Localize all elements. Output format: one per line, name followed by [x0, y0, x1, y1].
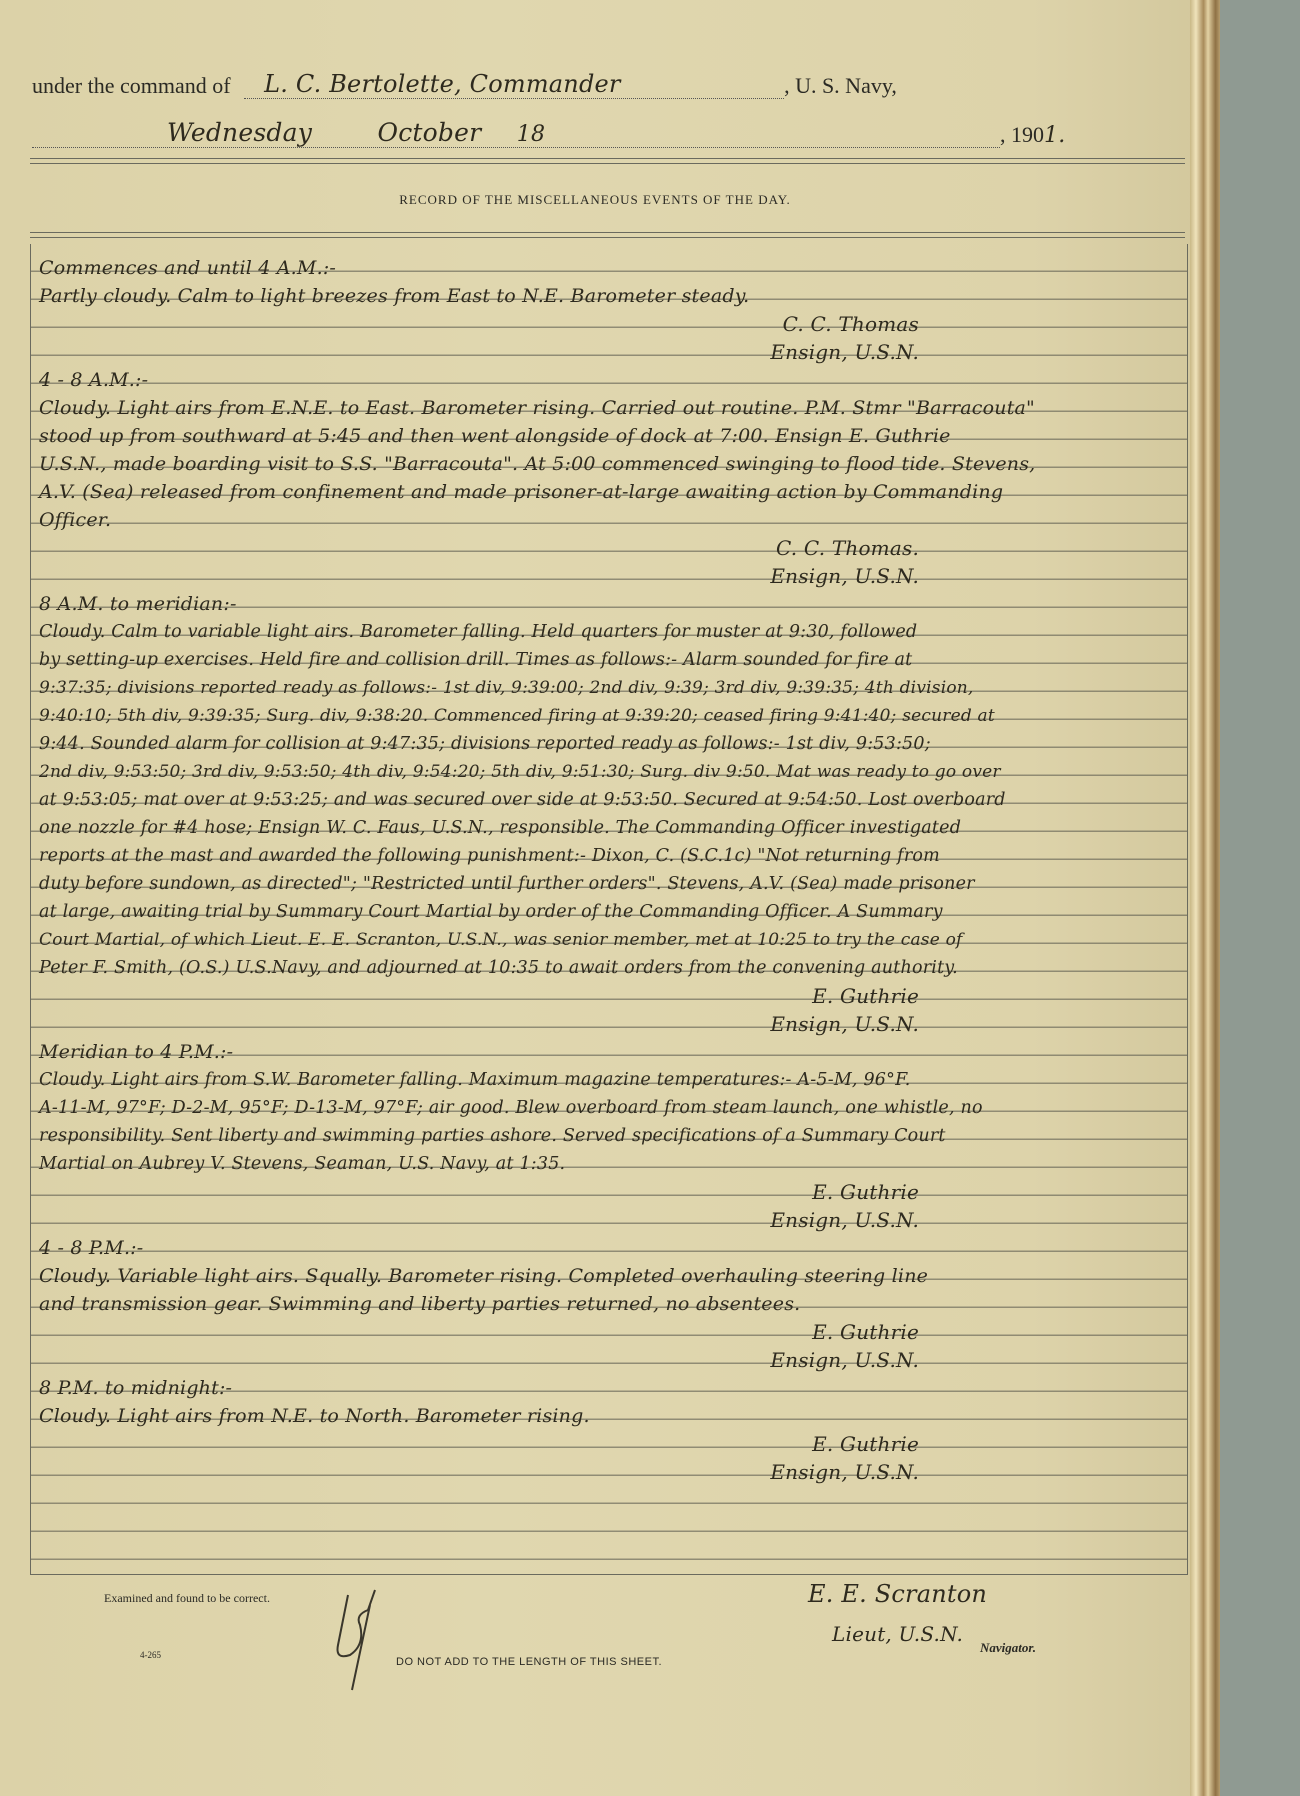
log-line: Cloudy. Light airs from N.E. to North. B… — [39, 1402, 1179, 1430]
log-line: duty before sundown, as directed"; "Rest… — [39, 870, 1179, 898]
log-line: A.V. (Sea) released from confinement and… — [39, 478, 1179, 506]
date-weekday: Wednesday — [167, 118, 312, 147]
log-top-divider — [30, 232, 1185, 238]
log-line: 9:40:10; 5th div, 9:39:35; Surg. div, 9:… — [39, 702, 1179, 730]
record-title: RECORD OF THE MISCELLANEOUS EVENTS OF TH… — [0, 192, 1190, 208]
header-divider — [30, 158, 1185, 164]
commander-field: L. C. Bertolette, Commander — [244, 70, 784, 99]
watch-signature: E. Guthrie — [39, 1178, 1179, 1206]
navigator-signature: E. E. Scranton — [808, 1580, 987, 1608]
log-line: Cloudy. Calm to variable light airs. Bar… — [39, 618, 1179, 646]
year-suffix: 1. — [1044, 123, 1065, 148]
year-prefix: , 190 — [1000, 122, 1044, 147]
watch-heading: Commences and until 4 A.M.:- — [39, 254, 1179, 282]
date-line: Wednesday October 18 , 1901. — [32, 118, 1106, 148]
log-area: Commences and until 4 A.M.:- Partly clou… — [30, 244, 1188, 1575]
log-line: one nozzle for #4 hose; Ensign W. C. Fau… — [39, 814, 1179, 842]
log-line: A-11-M, 97°F; D-2-M, 95°F; D-13-M, 97°F;… — [39, 1094, 1179, 1122]
watch-signature: E. Guthrie — [39, 1430, 1179, 1458]
watch-rank: Ensign, U.S.N. — [39, 562, 1179, 590]
log-line: at 9:53:05; mat over at 9:53:25; and was… — [39, 786, 1179, 814]
command-prefix: under the command of — [32, 73, 231, 98]
watch-heading: 8 A.M. to meridian:- — [39, 590, 1179, 618]
date-month: October — [378, 118, 482, 147]
watch-signature: C. C. Thomas — [39, 310, 1179, 338]
date-day: 18 — [517, 122, 545, 147]
examined-label: Examined and found to be correct. — [104, 1591, 270, 1606]
date-field: Wednesday October 18 — [32, 118, 1000, 148]
log-line: by setting-up exercises. Held fire and c… — [39, 646, 1179, 674]
log-line: Cloudy. Variable light airs. Squally. Ba… — [39, 1262, 1179, 1290]
watch-rank: Ensign, U.S.N. — [39, 1206, 1179, 1234]
log-line: Martial on Aubrey V. Stevens, Seaman, U.… — [39, 1150, 1179, 1178]
log-line: Court Martial, of which Lieut. E. E. Scr… — [39, 926, 1179, 954]
log-line: Partly cloudy. Calm to light breezes fro… — [39, 282, 1179, 310]
log-line: Peter F. Smith, (O.S.) U.S.Navy, and adj… — [39, 954, 1179, 982]
watch-signature: C. C. Thomas. — [39, 534, 1179, 562]
log-line: 9:37:35; divisions reported ready as fol… — [39, 674, 1179, 702]
watch-rank: Ensign, U.S.N. — [39, 1010, 1179, 1038]
book-page-edge — [1190, 0, 1220, 1796]
log-line: Officer. — [39, 506, 1179, 534]
watch-heading: 4 - 8 P.M.:- — [39, 1234, 1179, 1262]
log-entries: Commences and until 4 A.M.:- Partly clou… — [39, 254, 1179, 1486]
log-line: responsibility. Sent liberty and swimmin… — [39, 1122, 1179, 1150]
log-line: at large, awaiting trial by Summary Cour… — [39, 898, 1179, 926]
watch-rank: Ensign, U.S.N. — [39, 1458, 1179, 1486]
log-line: stood up from southward at 5:45 and then… — [39, 422, 1179, 450]
log-line: U.S.N., made boarding visit to S.S. "Bar… — [39, 450, 1179, 478]
log-sheet: under the command of L. C. Bertolette, C… — [0, 0, 1214, 1796]
watch-heading: Meridian to 4 P.M.:- — [39, 1038, 1179, 1066]
log-line: Cloudy. Light airs from E.N.E. to East. … — [39, 394, 1179, 422]
log-line: and transmission gear. Swimming and libe… — [39, 1290, 1179, 1318]
log-line: 9:44. Sounded alarm for collision at 9:4… — [39, 730, 1179, 758]
log-line: 2nd div, 9:53:50; 3rd div, 9:53:50; 4th … — [39, 758, 1179, 786]
command-line: under the command of L. C. Bertolette, C… — [32, 70, 1106, 99]
form-number: 4-265 — [140, 1650, 161, 1660]
command-suffix: , U. S. Navy, — [784, 73, 897, 98]
log-line: Cloudy. Light airs from S.W. Barometer f… — [39, 1066, 1179, 1094]
length-notice: DO NOT ADD TO THE LENGTH OF THIS SHEET. — [396, 1656, 662, 1668]
log-line: reports at the mast and awarded the foll… — [39, 842, 1179, 870]
navigator-title: Navigator. — [980, 1640, 1036, 1656]
watch-rank: Ensign, U.S.N. — [39, 1346, 1179, 1374]
watch-heading: 8 P.M. to midnight:- — [39, 1374, 1179, 1402]
examiner-initials-mark — [330, 1585, 390, 1695]
navigator-rank: Lieut, U.S.N. — [832, 1622, 963, 1646]
watch-heading: 4 - 8 A.M.:- — [39, 366, 1179, 394]
commander-name: L. C. Bertolette, Commander — [264, 70, 621, 98]
watch-signature: E. Guthrie — [39, 982, 1179, 1010]
watch-rank: Ensign, U.S.N. — [39, 338, 1179, 366]
watch-signature: E. Guthrie — [39, 1318, 1179, 1346]
